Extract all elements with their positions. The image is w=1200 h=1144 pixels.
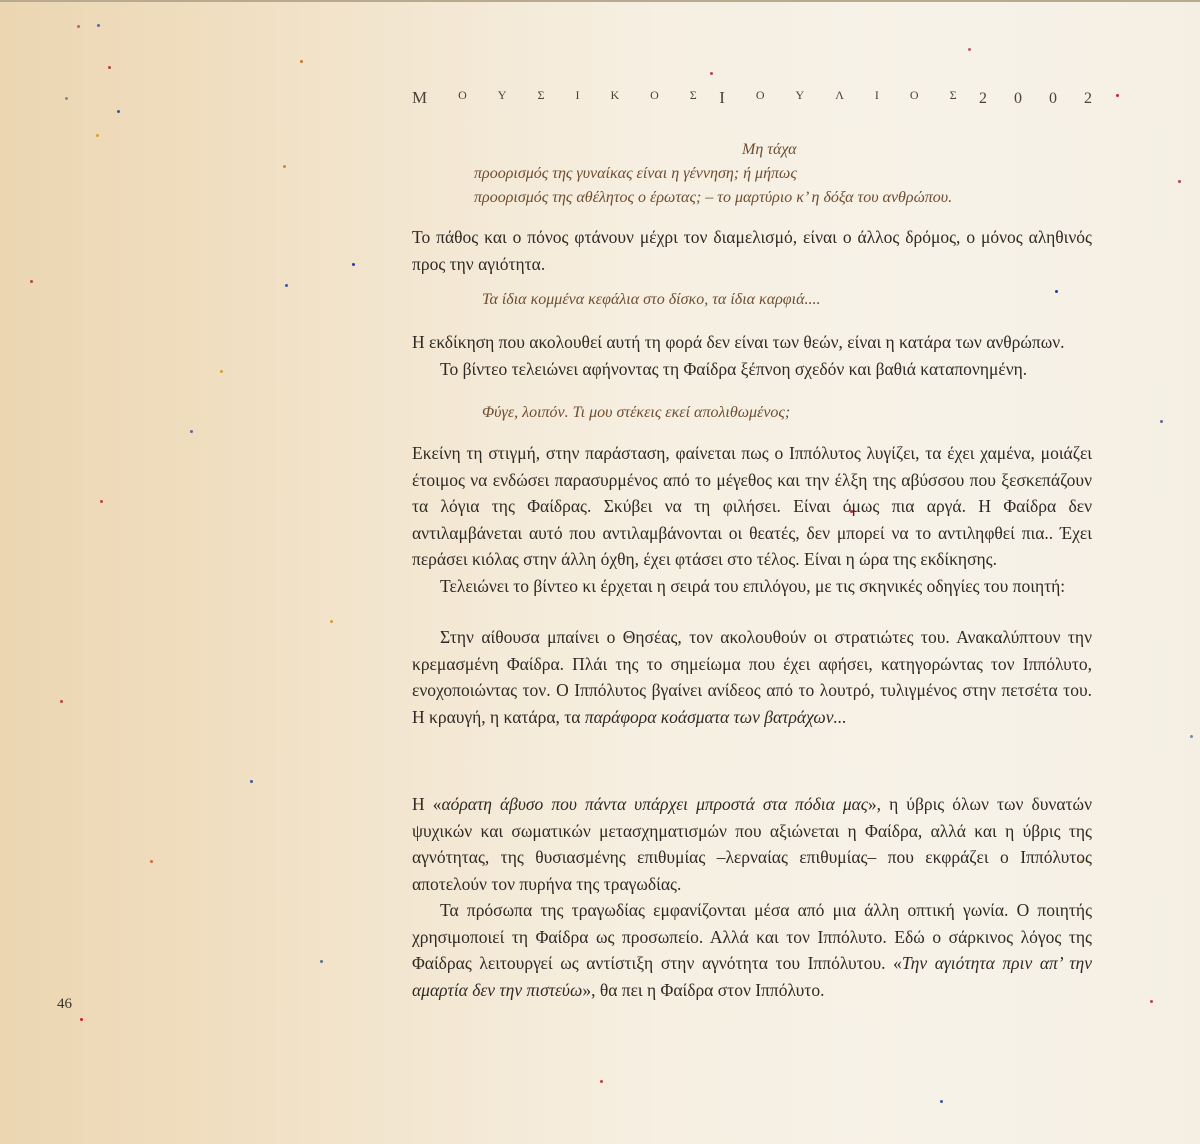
epigraph-line-2: προορισμός της γυναίκας είναι η γέννηση;… xyxy=(474,162,1094,186)
paragraph-6: Η «αόρατη άβυσο που πάντα υπάρχει μπροστ… xyxy=(412,791,1092,1003)
header-word-mousikos: Μ Ο Υ Σ Ι Κ Ο Σ xyxy=(412,88,697,108)
epigraph-line-1: Μη τάχα xyxy=(474,138,1094,162)
paragraph-3: Το βίντεο τελειώνει αφήνοντας τη Φαίδρα … xyxy=(412,356,1092,383)
page-top-edge xyxy=(0,0,1200,2)
header-year: 2 0 0 2 xyxy=(979,90,1092,108)
paragraph-5: Τελειώνει το βίντεο κι έρχεται η σειρά τ… xyxy=(412,573,1092,600)
running-header: Μ Ο Υ Σ Ι Κ Ο Σ Ι Ο Υ Λ Ι Ο Σ 2 0 0 2 xyxy=(412,88,1092,108)
quote-2: Φύγε, λοιπόν. Τι μου στέκεις εκεί απολιθ… xyxy=(482,401,790,425)
paragraph-1: Το πάθος και ο πόνος φτάνουν μέχρι τον δ… xyxy=(412,224,1092,277)
paragraph-4: Εκείνη τη στιγμή, στην παράσταση, φαίνετ… xyxy=(412,440,1092,599)
header-word-ioulios: Ι Ο Υ Λ Ι Ο Σ xyxy=(719,88,956,108)
stage-directions: Στην αίθουσα μπαίνει ο Θησέας, τον ακολο… xyxy=(412,624,1092,730)
paragraph-7: Τα πρόσωπα της τραγωδίας εμφανίζονται μέ… xyxy=(412,897,1092,1003)
epigraph: Μη τάχα προορισμός της γυναίκας είναι η … xyxy=(474,138,1094,210)
quote-1: Τα ίδια κομμένα κεφάλια στο δίσκο, τα ίδ… xyxy=(482,288,821,312)
paragraph-2: Η εκδίκηση που ακολουθεί αυτή τη φορά δε… xyxy=(412,329,1092,382)
page-number: 46 xyxy=(57,996,72,1013)
epigraph-line-3: προορισμός της αθέλητος ο έρωτας; – το μ… xyxy=(474,186,1094,210)
